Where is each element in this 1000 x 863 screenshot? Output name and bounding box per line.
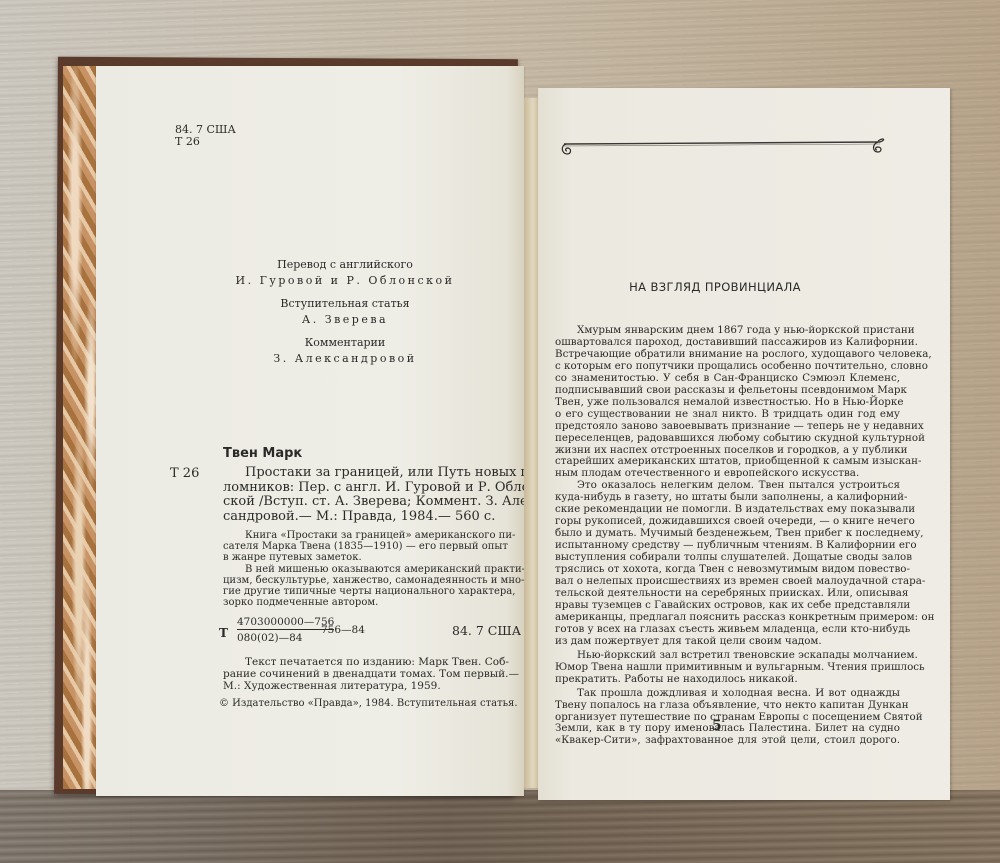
biblio-line: ломников: Пер. с англ. И. Гуровой и Р. О… — [223, 481, 503, 496]
body-line: Твену попалось на глаза объявление, что … — [555, 700, 900, 712]
body-line: со знаменитостью. У себя в Сан-Франциско… — [555, 373, 900, 385]
body-line: прекратить. Работы не находилось никакой… — [555, 674, 900, 686]
book-gutter — [524, 98, 538, 788]
page-number: 5 — [712, 718, 722, 734]
edition-note-line: Текст печатается по изданию: Марк Твен. … — [223, 656, 505, 668]
credits: Перевод с английского И. Гуровой и Р. Об… — [230, 258, 460, 365]
call-number: Т 26 — [170, 466, 199, 481]
edition-note-line: М.: Художественная литература, 1959. — [223, 680, 505, 692]
annotation-line: В ней мишенью оказываются американский п… — [223, 564, 505, 575]
body-line: «Квакер-Сити», зафрахтованное для этой ц… — [555, 735, 900, 747]
index-numerator: 4703000000—756 — [237, 616, 334, 630]
credit-intro-label: Вступительная статья — [230, 297, 460, 310]
body-line: Нью-йоркский зал встретил твеновские эск… — [555, 650, 900, 662]
body-line: подписывавший свои рассказы и фельетоны … — [555, 385, 900, 397]
annotation: Книга «Простаки за границей» американско… — [223, 530, 505, 608]
chapter-ornament-icon — [560, 138, 885, 160]
chapter-body: Хмурым январским днем 1867 года у нью-йо… — [555, 325, 900, 747]
edition-note: Текст печатается по изданию: Марк Твен. … — [223, 656, 505, 692]
credit-intro-names: А. Зверева — [230, 313, 460, 326]
bibliographic-record: Простаки за границей, или Путь новых па-… — [223, 466, 503, 524]
credit-comments-label: Комментарии — [230, 336, 460, 349]
chapter-title: НА ВЗГЛЯД ПРОВИНЦИАЛА — [600, 280, 830, 294]
annotation-line: Книга «Простаки за границей» американско… — [223, 530, 505, 541]
body-line: Юмор Твена нашли примитивным и вульгарны… — [555, 662, 900, 674]
copyright-line: © Издательство «Правда», 1984. Вступител… — [219, 698, 518, 709]
annotation-line: в жанре путевых заметок. — [223, 552, 505, 563]
body-line: Так прошла дождливая и холодная весна. И… — [555, 688, 900, 700]
credit-translation-names: И. Гуровой и Р. Облонской — [230, 274, 460, 287]
edition-note-line: рание сочинений в двенадцати томах. Том … — [223, 668, 505, 680]
body-line: переселенцев, радовавшихся любому событи… — [555, 433, 900, 445]
classification-top: 84. 7 США Т 26 — [175, 124, 236, 148]
index-denominator: 080(02)—84 — [237, 632, 302, 644]
author-heading: Твен Марк — [223, 446, 302, 461]
biblio-line: Простаки за границей, или Путь новых па- — [223, 466, 503, 481]
biblio-line: сандровой.— М.: Правда, 1984.— 560 с. — [223, 510, 503, 525]
annotation-line: гие другие типичные черты национального … — [223, 586, 505, 597]
body-line: Твен, уже пользовался немалой известност… — [555, 397, 900, 409]
body-line: из дам пожертвует для такой цели своим ч… — [555, 636, 900, 648]
body-line: предстояло заново завоевывать признание … — [555, 421, 900, 433]
annotation-line: цизм, бескультурье, ханжество, самонадея… — [223, 575, 505, 586]
annotation-line: зорко подмеченные автором. — [223, 597, 505, 608]
body-line: о его существовании не знал никто. В три… — [555, 409, 900, 421]
credit-comments-names: З. Александровой — [230, 352, 460, 365]
body-line: готов у всех на глазах съесть живьем мла… — [555, 624, 900, 636]
table-surface — [0, 790, 1000, 863]
index-letter: Т — [219, 626, 228, 640]
biblio-line: ской /Вступ. ст. А. Зверева; Коммент. З.… — [223, 495, 503, 510]
author-mark: Т 26 — [175, 136, 236, 148]
credit-translation-label: Перевод с английского — [230, 258, 460, 271]
index-suffix: 756—84 — [321, 624, 365, 636]
index-classification: 84. 7 США — [452, 623, 521, 638]
annotation-line: сателя Марка Твена (1835—1910) — его пер… — [223, 541, 505, 552]
